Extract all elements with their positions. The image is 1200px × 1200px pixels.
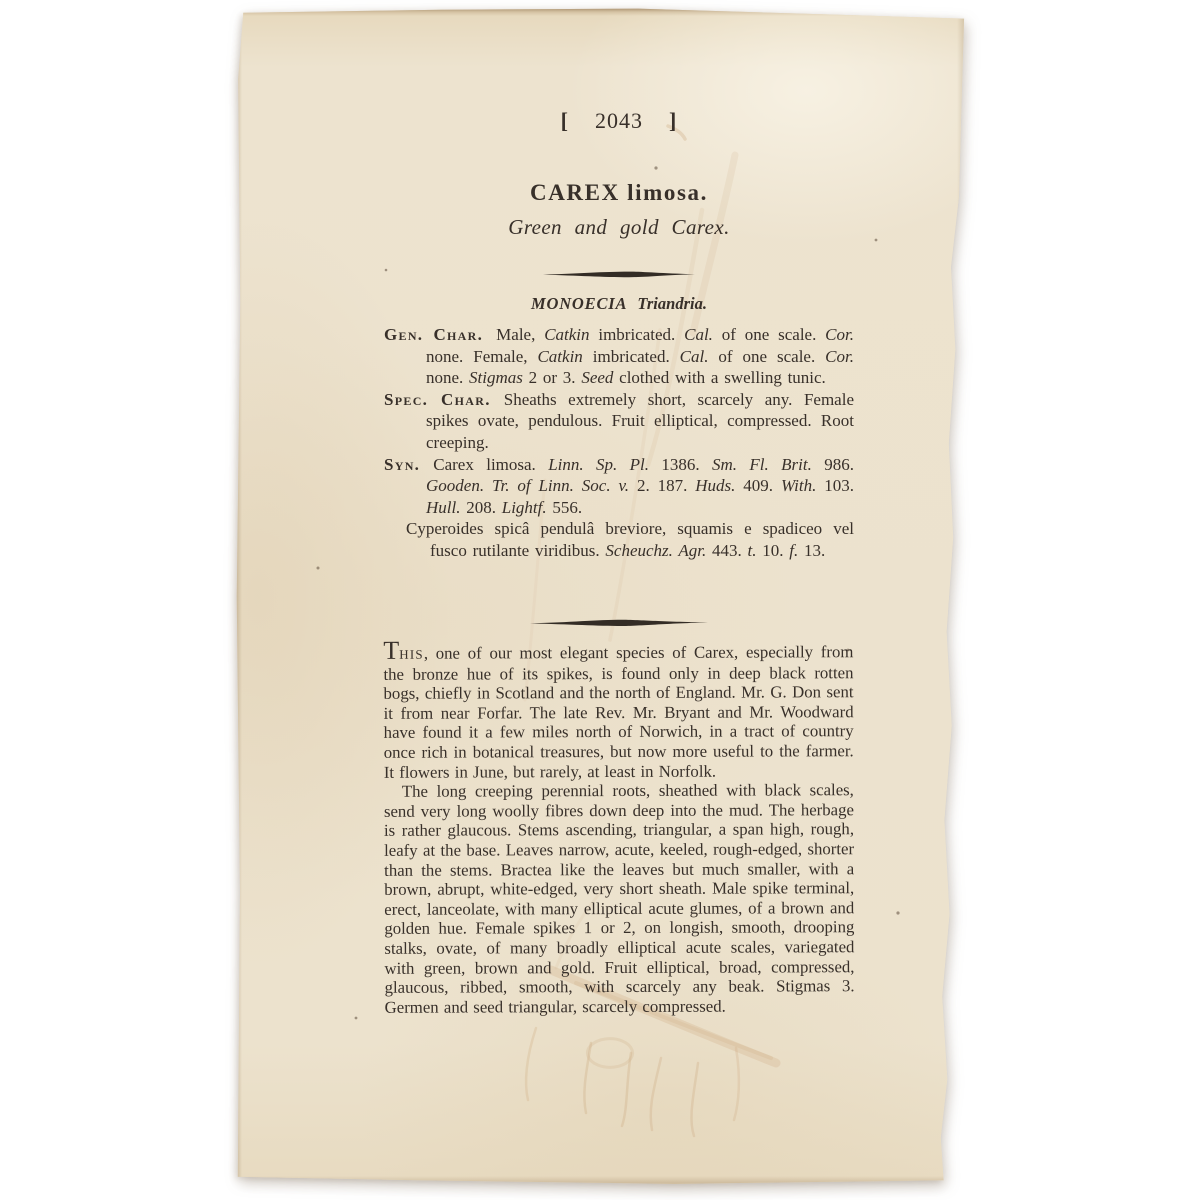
folio-left-bracket: [ [561,108,569,134]
scan-background: [ 2043 ] CAREX limosa. Green and gold Ca… [0,0,1200,1200]
syn-text: Carex limosa. Linn. Sp. Pl. 1386. Sm. Fl… [426,455,854,517]
gen-char-label: Gen. Char. [384,325,483,344]
folio-number: 2043 [595,108,643,134]
cyperoides-paragraph: Cyperoides spicâ pendulâ breviore, squam… [384,518,854,561]
body-paragraph-2: The long creeping perennial roots, sheat… [384,780,855,1017]
cyperoides-text: Cyperoides spicâ pendulâ breviore, squam… [406,519,854,560]
common-name-title: Green and gold Carex. [384,215,854,240]
classification-line: MONOECIA Triandria. [384,294,854,314]
body-paragraph-1: THIS, one of our most elegant species of… [383,642,853,782]
folio-right-bracket: ] [669,108,677,134]
synonymy-paragraph: Syn.Carex limosa. Linn. Sp. Pl. 1386. Sm… [384,454,854,519]
character-block: Gen. Char.Male, Catkin imbricated. Cal. … [384,324,854,562]
class-section: Triandria. [637,294,707,313]
gen-char-text: Male, Catkin imbricated. Cal. of one sca… [426,325,854,387]
description-text: THIS, one of our most elegant species of… [383,642,854,1017]
spec-char-label: Spec. Char. [384,390,491,409]
class-order: MONOECIA [531,294,627,313]
page-right-edge [957,8,967,1185]
page-left-edge [236,8,242,1185]
spec-char-paragraph: Spec. Char.Sheaths extremely short, scar… [384,389,854,454]
syn-label: Syn. [384,455,420,474]
tapered-rule-top [384,266,854,284]
gen-char-paragraph: Gen. Char.Male, Catkin imbricated. Cal. … [384,324,854,389]
tapered-rule-middle [384,615,854,633]
page-bottom-edge [236,1176,967,1185]
book-page: [ 2043 ] CAREX limosa. Green and gold Ca… [236,8,967,1185]
species-title: CAREX limosa. [384,180,854,206]
paper-sheet: [ 2043 ] CAREX limosa. Green and gold Ca… [236,8,967,1185]
folio: [ 2043 ] [384,108,854,134]
page-top-edge [236,8,967,16]
